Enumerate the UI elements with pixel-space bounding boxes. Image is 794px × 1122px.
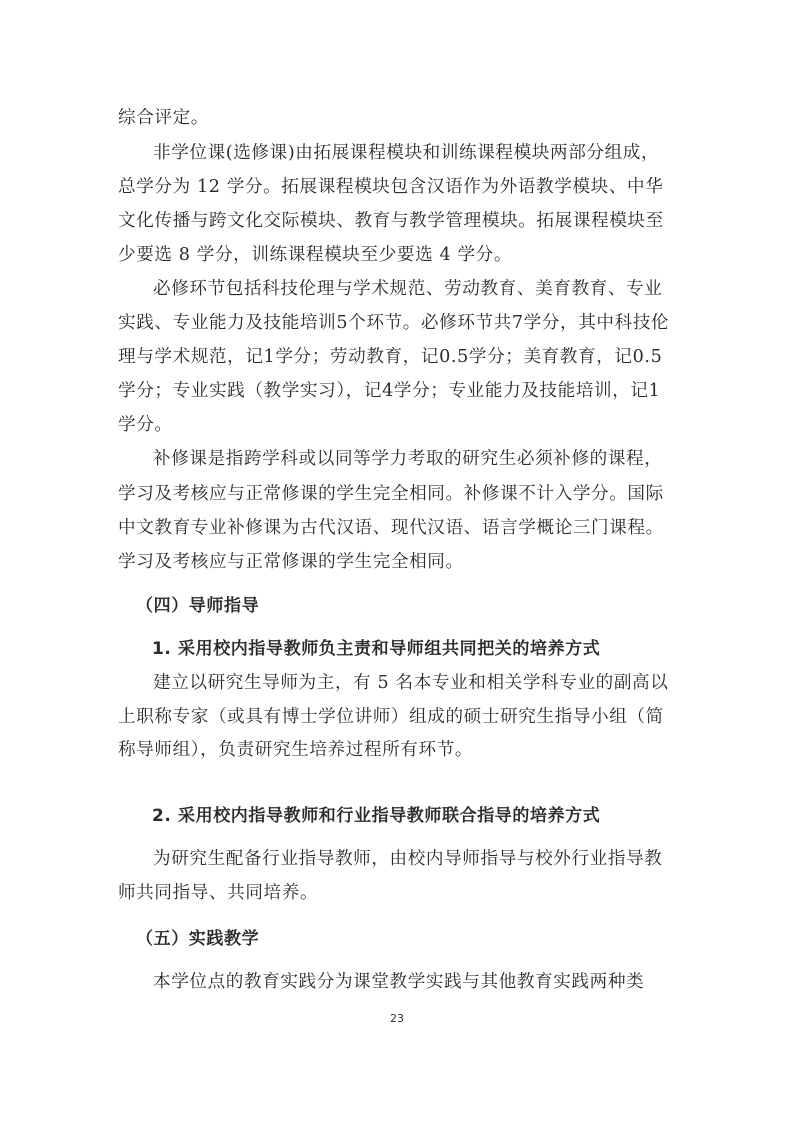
paragraph-line: 学习及考核应与正常修课的学生完全相同。 <box>118 551 674 573</box>
paragraph-line: 称导师组），负责研究生培养过程所有环节。 <box>118 739 674 761</box>
section-heading-4: （四）导师指导 <box>136 595 692 617</box>
paragraph-line: 上职称专家（或具有博士学位讲师）组成的硕士研究生指导小组（简 <box>118 706 674 728</box>
paragraph-line: 师共同指导、共同培养。 <box>118 882 674 904</box>
paragraph-line: 非学位课(选修课)由拓展课程模块和训练课程模块两部分组成， <box>153 142 674 164</box>
paragraph-line: 为研究生配备行业指导教师，由校内导师指导与校外行业指导教 <box>153 848 674 870</box>
paragraph-line: 学分。 <box>118 414 674 436</box>
paragraph-line: 补修课是指跨学科或以同等学力考取的研究生必须补修的课程， <box>153 448 674 470</box>
paragraph-line: 学习及考核应与正常修课的学生完全相同。补修课不计入学分。国际 <box>118 483 674 505</box>
subsection-heading-1: 1. 采用校内指导教师负主责和导师组共同把关的培养方式 <box>152 638 708 660</box>
page-number: 23 <box>0 1012 794 1025</box>
paragraph-line: 综合评定。 <box>118 107 674 129</box>
paragraph-line: 必修环节包括科技伦理与学术规范、劳动教育、美育教育、专业 <box>153 278 674 300</box>
paragraph-line: 本学位点的教育实践分为课堂教学实践与其他教育实践两种类 <box>153 971 674 993</box>
paragraph-line: 学分；专业实践（教学实习），记4学分；专业能力及技能培训，记1 <box>118 380 674 402</box>
paragraph-line: 建立以研究生导师为主，有 5 名本专业和相关学科专业的副高以 <box>153 672 674 694</box>
paragraph-line: 总学分为 12 学分。拓展课程模块包含汉语作为外语教学模块、中华 <box>118 176 674 198</box>
paragraph-line: 实践、专业能力及技能培训5个环节。必修环节共7学分，其中科技伦 <box>118 312 674 334</box>
subsection-heading-2: 2. 采用校内指导教师和行业指导教师联合指导的培养方式 <box>152 805 708 827</box>
paragraph-line: 中文教育专业补修课为古代汉语、现代汉语、语言学概论三门课程。 <box>118 517 674 539</box>
paragraph-line: 理与学术规范，记1学分；劳动教育，记0.5学分；美育教育，记0.5 <box>118 346 674 368</box>
paragraph-line: 文化传播与跨文化交际模块、教育与教学管理模块。拓展课程模块至 <box>118 210 674 232</box>
paragraph-line: 少要选 8 学分，训练课程模块至少要选 4 学分。 <box>118 244 674 266</box>
section-heading-5: （五）实践教学 <box>136 928 692 950</box>
